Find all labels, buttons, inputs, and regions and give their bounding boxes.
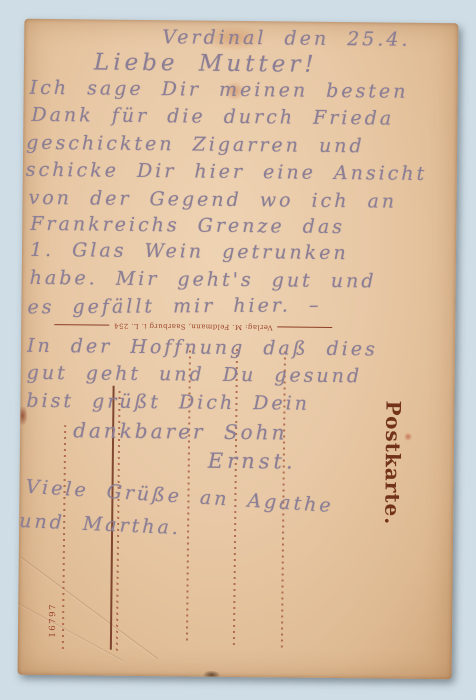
printed-address-line [62,425,66,651]
paper-edge-mark [204,671,220,679]
handwriting-line: Ich sage Dir meinen besten [30,79,409,102]
publisher-imprint-text: Verlag: M. Feldmann, Saarburg i. L. 254 [109,322,278,332]
handwriting-line: bist grüßt Dich Dein [26,392,310,414]
handwriting-line: Viele Grüße an Agathe [25,478,334,516]
handwriting-signature: Ernst. [208,451,297,473]
imprint-rule-left [278,327,333,329]
imprint-rule-right [54,325,109,327]
paper-stain [404,433,412,441]
publisher-imprint: Verlag: M. Feldmann, Saarburg i. L. 254 [54,321,332,332]
handwriting-date-line: Verdinal den 25.4. [162,28,410,50]
handwriting-line: 1. Glas Wein getrunken [30,241,349,263]
handwriting-closing: dankbarer Sohn [73,420,287,442]
photo-background: Postkarte. Verlag: M. Feldmann, Saarburg… [0,0,476,700]
handwriting-line: habe. Mir geht's gut und [30,269,377,292]
postkarte-label: Postkarte. [380,401,405,533]
handwriting-line: In der Hoffnung daß dies [27,337,378,360]
handwriting-line: geschickten Zigarren und [26,134,365,157]
handwriting-line: Dank für die durch Frieda [31,106,394,129]
handwriting-line: gut geht und Du gesund [27,364,363,387]
handwriting-salutation: Liebe Mutter! [94,51,318,76]
serial-number: 16797 [48,603,58,638]
handwriting-line: und Martha. [19,512,181,538]
handwriting-line: schicke Dir hier eine Ansicht [26,161,428,184]
handwriting-line: Frankreichs Grenze das [30,215,345,237]
paper-crease [18,603,124,662]
handwriting-line: von der Gegend wo ich an [28,189,397,212]
postcard: Postkarte. Verlag: M. Feldmann, Saarburg… [18,19,459,680]
handwriting-line: es gefällt mir hier. – [27,296,321,317]
paper-crease [20,557,158,660]
